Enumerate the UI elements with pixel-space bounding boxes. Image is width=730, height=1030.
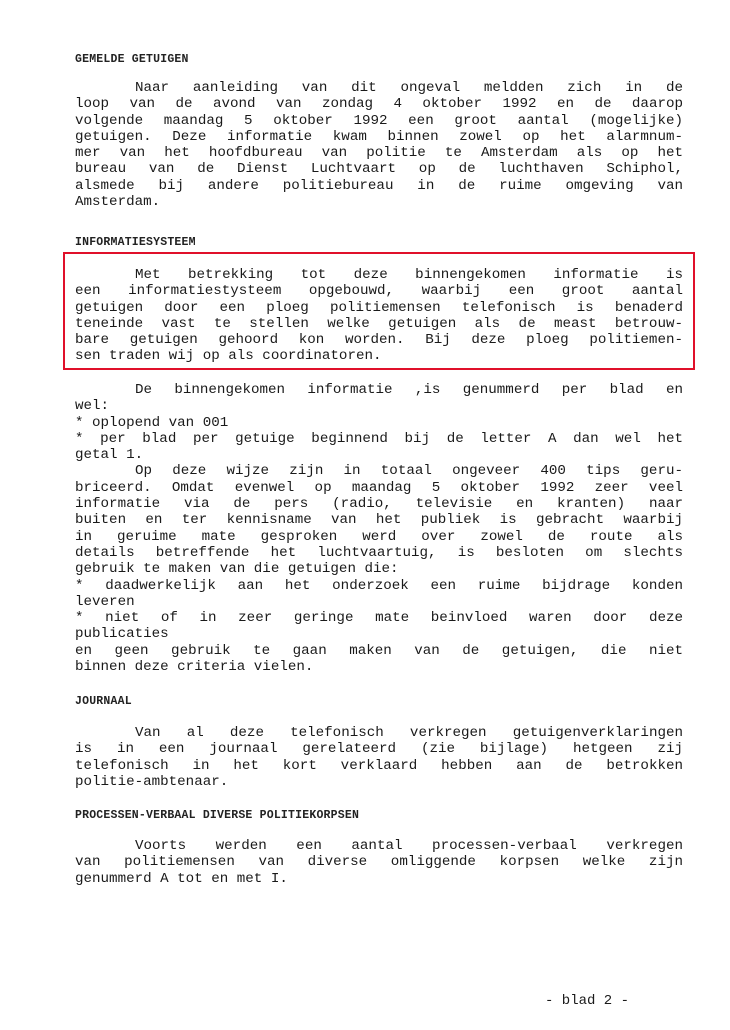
paragraph-nummering: De binnengekomen informatie ,is genummer… <box>75 382 683 675</box>
paragraph-journaal: Van al deze telefonisch verkregen getuig… <box>75 725 683 790</box>
text-line: informatie via de pers (radio, televisie… <box>75 496 683 512</box>
text-line: getuigen door een ploeg politiemensen te… <box>75 300 683 316</box>
paragraph-processen-verbaal: Voorts werden een aantal processen-verba… <box>75 838 683 887</box>
text-line: publicaties <box>75 626 683 642</box>
paragraph-gemelde-getuigen: Naar aanleiding van dit ongeval meldden … <box>75 80 683 210</box>
text-line: alsmede bij andere politiebureau in de r… <box>75 178 683 194</box>
text-line: politie-ambtenaar. <box>75 774 683 790</box>
heading-gemelde-getuigen: GEMELDE GETUIGEN <box>75 53 189 66</box>
text-line: is in een journaal gerelateerd (zie bijl… <box>75 741 683 757</box>
text-line: in geruime mate gesproken werd over zowe… <box>75 529 683 545</box>
heading-processen-verbaal: PROCESSEN-VERBAAL DIVERSE POLITIEKORPSEN <box>75 809 359 822</box>
text-line: een informatiestysteem opgebouwd, waarbi… <box>75 283 683 299</box>
page-number: - blad 2 - <box>545 993 629 1009</box>
text-line: telefonisch in het kort verklaard hebben… <box>75 758 683 774</box>
text-line: leveren <box>75 594 683 610</box>
text-line: Voorts werden een aantal processen-verba… <box>75 838 683 854</box>
text-line: Van al deze telefonisch verkregen getuig… <box>75 725 683 741</box>
text-line: buiten en ter kennisname van het publiek… <box>75 512 683 528</box>
text-line: loop van de avond van zondag 4 oktober 1… <box>75 96 683 112</box>
text-line: Op deze wijze zijn in totaal ongeveer 40… <box>75 463 683 479</box>
text-line: volgende maandag 5 oktober 1992 een groo… <box>75 113 683 129</box>
text-line: Met betrekking tot deze binnengekomen in… <box>75 267 683 283</box>
heading-informatiesysteem: INFORMATIESYSTEEM <box>75 236 196 249</box>
text-line: getuigen. Deze informatie kwam binnen zo… <box>75 129 683 145</box>
text-line: Amsterdam. <box>75 194 683 210</box>
text-line: en geen gebruik te gaan maken van de get… <box>75 643 683 659</box>
text-line: wel: <box>75 398 683 414</box>
list-item: * daadwerkelijk aan het onderzoek een ru… <box>75 578 683 594</box>
text-line: bare getuigen gehoord kon worden. Bij de… <box>75 332 683 348</box>
text-line: getal 1. <box>75 447 683 463</box>
paragraph-informatiesysteem-highlighted: Met betrekking tot deze binnengekomen in… <box>75 267 683 365</box>
text-line: bureau van de Dienst Luchtvaart op de lu… <box>75 161 683 177</box>
text-line: briceerd. Omdat evenwel op maandag 5 okt… <box>75 480 683 496</box>
text-line: genummerd A tot en met I. <box>75 871 683 887</box>
list-item: * oplopend van 001 <box>75 415 683 431</box>
document-page: GEMELDE GETUIGEN Naar aanleiding van dit… <box>0 0 730 1030</box>
text-line: teneinde vast te stellen welke getuigen … <box>75 316 683 332</box>
list-item: * per blad per getuige beginnend bij de … <box>75 431 683 447</box>
text-line: sen traden wij op als coordinatoren. <box>75 348 683 364</box>
text-line: gebruik te maken van die getuigen die: <box>75 561 683 577</box>
text-line: Naar aanleiding van dit ongeval meldden … <box>75 80 683 96</box>
heading-journaal: JOURNAAL <box>75 695 132 708</box>
text-line: van politiemensen van diverse omliggende… <box>75 854 683 870</box>
text-line: De binnengekomen informatie ,is genummer… <box>75 382 683 398</box>
text-line: details betreffende het luchtvaartuig, i… <box>75 545 683 561</box>
text-line: binnen deze criteria vielen. <box>75 659 683 675</box>
list-item: * niet of in zeer geringe mate beinvloed… <box>75 610 683 626</box>
text-line: mer van het hoofdbureau van politie te A… <box>75 145 683 161</box>
